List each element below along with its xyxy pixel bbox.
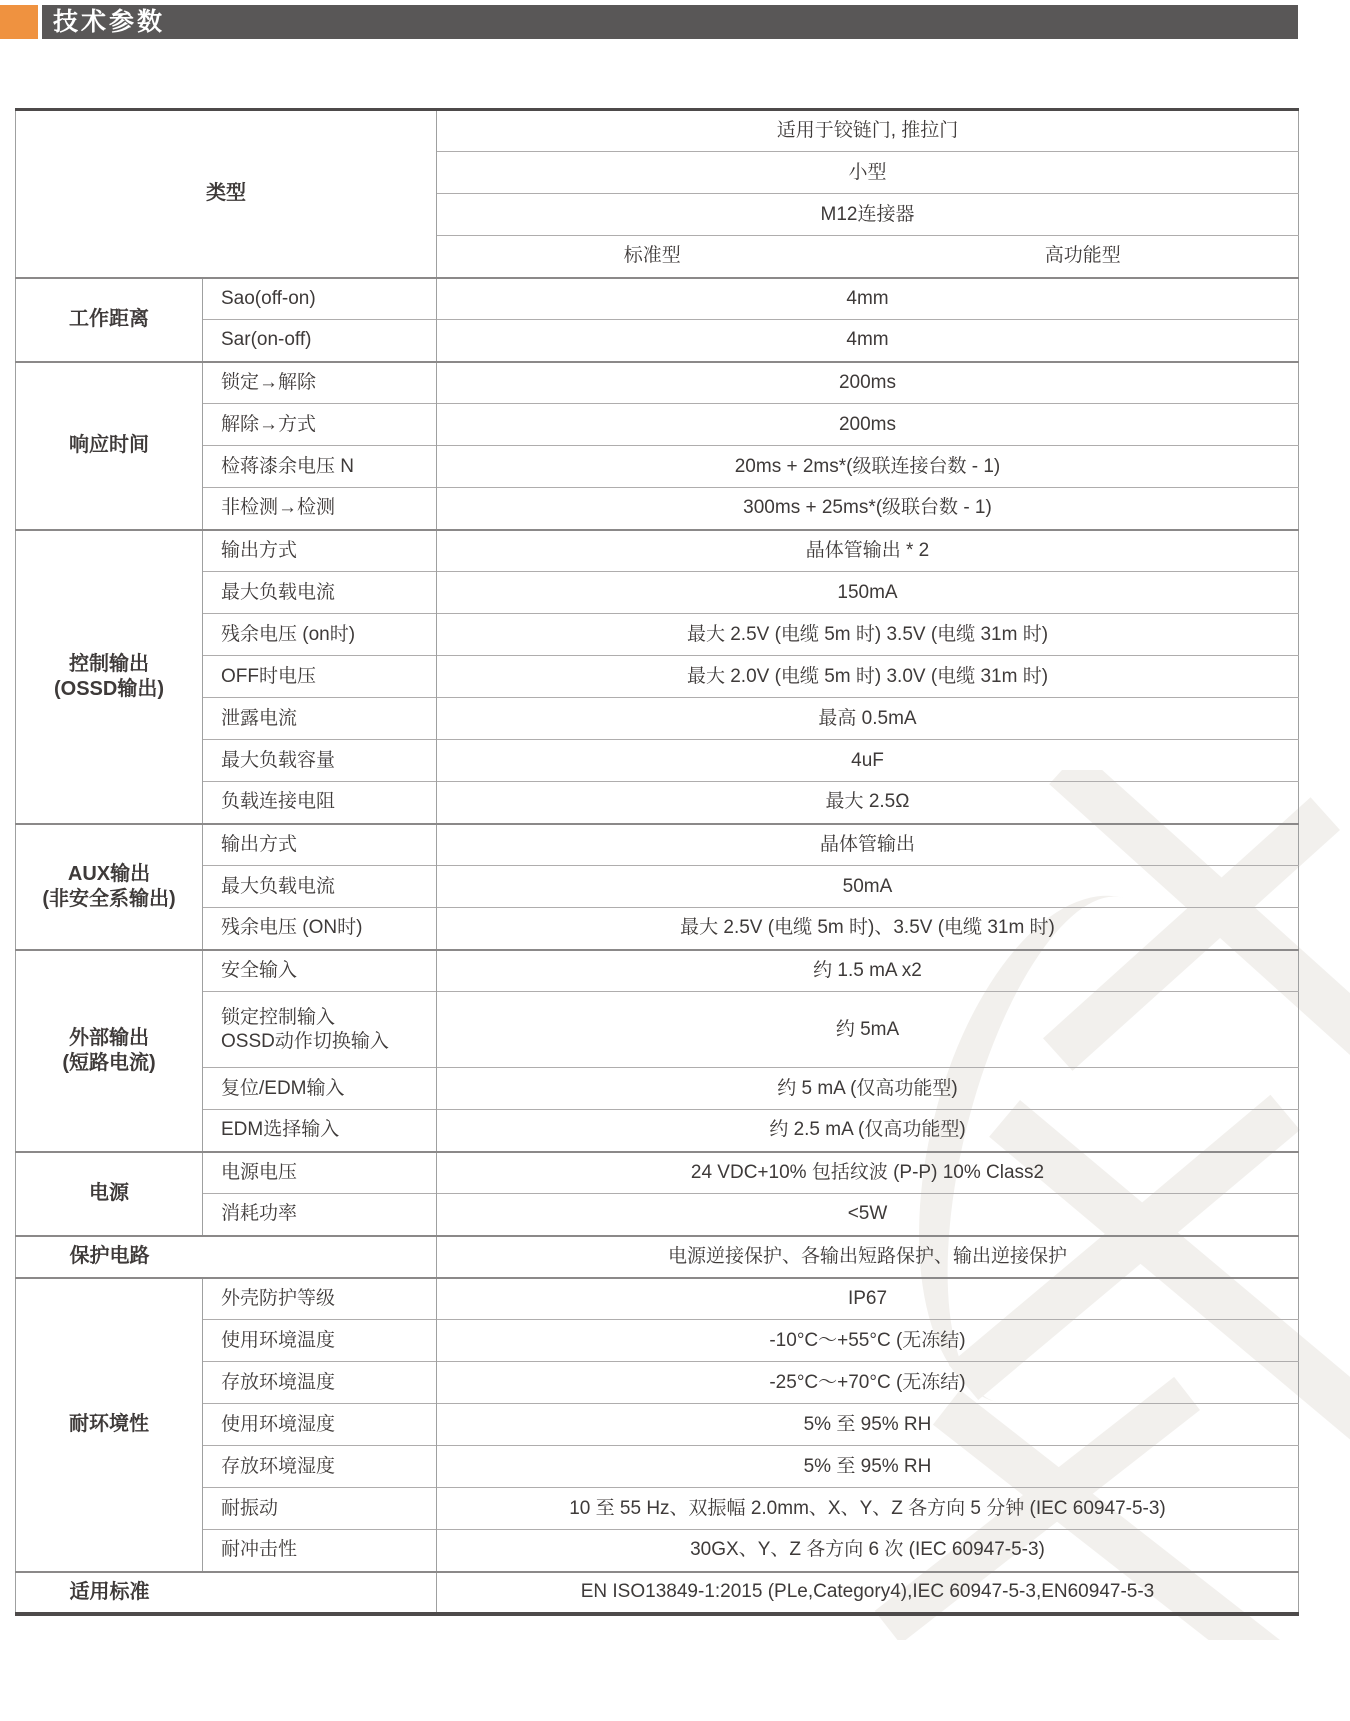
group-label-response-time: 响应时间 bbox=[16, 362, 203, 530]
param-value: 约 5 mA (仅高功能型) bbox=[437, 1068, 1299, 1110]
param-label-line1: 锁定控制输入 bbox=[221, 1006, 428, 1030]
table-row: 残余电压 (on时) 最大 2.5V (电缆 5m 时) 3.5V (电缆 31… bbox=[16, 614, 1299, 656]
param-label: 存放环境湿度 bbox=[203, 1446, 437, 1488]
group-label-environment: 耐环境性 bbox=[16, 1278, 203, 1572]
param-label: OFF时电压 bbox=[203, 656, 437, 698]
param-label: 外壳防护等级 bbox=[203, 1278, 437, 1320]
param-value: 电源逆接保护、各输出短路保护、输出逆接保护 bbox=[437, 1236, 1299, 1278]
param-value: 最高 0.5mA bbox=[437, 698, 1299, 740]
param-value: 4uF bbox=[437, 740, 1299, 782]
group-label-type: 类型 bbox=[16, 110, 437, 278]
group-label-line2: (非安全系输出) bbox=[24, 887, 194, 912]
param-value: 30GX、Y、Z 各方向 6 次 (IEC 60947-5-3) bbox=[437, 1530, 1299, 1572]
type-value: 小型 bbox=[437, 152, 1299, 194]
variant-advanced: 高功能型 bbox=[868, 236, 1299, 278]
table-row: 负载连接电阻 最大 2.5Ω bbox=[16, 782, 1299, 824]
spec-table: 类型 适用于铰链门, 推拉门 小型 M12连接器 标准型 高功能型 工作距离 S… bbox=[15, 108, 1299, 1616]
param-value: 5% 至 95% RH bbox=[437, 1404, 1299, 1446]
table-row: 复位/EDM输入 约 5 mA (仅高功能型) bbox=[16, 1068, 1299, 1110]
param-value: 50mA bbox=[437, 866, 1299, 908]
type-value: M12连接器 bbox=[437, 194, 1299, 236]
group-label-line2: (短路电流) bbox=[24, 1051, 194, 1076]
group-label-line1: 外部输出 bbox=[24, 1026, 194, 1051]
table-row: 适用标准 EN ISO13849-1:2015 (PLe,Category4),… bbox=[16, 1572, 1299, 1614]
param-label: 电源电压 bbox=[203, 1152, 437, 1194]
param-value: 4mm bbox=[437, 320, 1299, 362]
param-label: 解除→方式 bbox=[203, 404, 437, 446]
param-label: 使用环境湿度 bbox=[203, 1404, 437, 1446]
table-row: AUX输出 (非安全系输出) 输出方式 晶体管输出 bbox=[16, 824, 1299, 866]
param-value: EN ISO13849-1:2015 (PLe,Category4),IEC 6… bbox=[437, 1572, 1299, 1614]
table-row: 消耗功率 <5W bbox=[16, 1194, 1299, 1236]
param-value: 4mm bbox=[437, 278, 1299, 320]
param-value: 约 2.5 mA (仅高功能型) bbox=[437, 1110, 1299, 1152]
param-value: 5% 至 95% RH bbox=[437, 1446, 1299, 1488]
param-value: 最大 2.5Ω bbox=[437, 782, 1299, 824]
param-label: 最大负载容量 bbox=[203, 740, 437, 782]
table-row: 耐环境性 外壳防护等级 IP67 bbox=[16, 1278, 1299, 1320]
param-label-line2: OSSD动作切换输入 bbox=[221, 1030, 428, 1054]
param-label: 安全输入 bbox=[203, 950, 437, 992]
param-value: 晶体管输出 * 2 bbox=[437, 530, 1299, 572]
table-row: 残余电压 (ON时) 最大 2.5V (电缆 5m 时)、3.5V (电缆 31… bbox=[16, 908, 1299, 950]
param-value: 150mA bbox=[437, 572, 1299, 614]
group-label-external-output: 外部输出 (短路电流) bbox=[16, 950, 203, 1152]
group-label-line1: 控制输出 bbox=[24, 652, 194, 677]
param-value: 24 VDC+10% 包括纹波 (P-P) 10% Class2 bbox=[437, 1152, 1299, 1194]
param-value: 200ms bbox=[437, 404, 1299, 446]
table-row: 使用环境温度 -10°C〜+55°C (无冻结) bbox=[16, 1320, 1299, 1362]
param-value: 10 至 55 Hz、双振幅 2.0mm、X、Y、Z 各方向 5 分钟 (IEC… bbox=[437, 1488, 1299, 1530]
param-label: 输出方式 bbox=[203, 824, 437, 866]
table-row: 存放环境温度 -25°C〜+70°C (无冻结) bbox=[16, 1362, 1299, 1404]
type-value: 适用于铰链门, 推拉门 bbox=[437, 110, 1299, 152]
header-bar: 技术参数 bbox=[42, 5, 1298, 39]
param-value: 约 1.5 mA x2 bbox=[437, 950, 1299, 992]
param-label: EDM选择输入 bbox=[203, 1110, 437, 1152]
param-label: 耐振动 bbox=[203, 1488, 437, 1530]
table-row: 检蒋漆余电压 N 20ms + 2ms*(级联连接台数 - 1) bbox=[16, 446, 1299, 488]
table-row: 电源 电源电压 24 VDC+10% 包括纹波 (P-P) 10% Class2 bbox=[16, 1152, 1299, 1194]
param-value: 最大 2.5V (电缆 5m 时) 3.5V (电缆 31m 时) bbox=[437, 614, 1299, 656]
param-value: 200ms bbox=[437, 362, 1299, 404]
group-label-aux-output: AUX输出 (非安全系输出) bbox=[16, 824, 203, 950]
group-label-line1: AUX输出 bbox=[24, 862, 194, 887]
param-label: 存放环境温度 bbox=[203, 1362, 437, 1404]
table-row: 锁定控制输入 OSSD动作切换输入 约 5mA bbox=[16, 992, 1299, 1068]
param-label: 残余电压 (ON时) bbox=[203, 908, 437, 950]
table-row: 控制输出 (OSSD输出) 输出方式 晶体管输出 * 2 bbox=[16, 530, 1299, 572]
param-label: 锁定控制输入 OSSD动作切换输入 bbox=[203, 992, 437, 1068]
param-label: 锁定→解除 bbox=[203, 362, 437, 404]
group-label-protection: 保护电路 bbox=[16, 1236, 437, 1278]
group-label-control-output: 控制输出 (OSSD输出) bbox=[16, 530, 203, 824]
param-label: 使用环境温度 bbox=[203, 1320, 437, 1362]
table-row: 响应时间 锁定→解除 200ms bbox=[16, 362, 1299, 404]
table-row: 类型 适用于铰链门, 推拉门 bbox=[16, 110, 1299, 152]
table-row: 泄露电流 最高 0.5mA bbox=[16, 698, 1299, 740]
param-label: 检蒋漆余电压 N bbox=[203, 446, 437, 488]
param-label: 消耗功率 bbox=[203, 1194, 437, 1236]
table-row: 使用环境湿度 5% 至 95% RH bbox=[16, 1404, 1299, 1446]
accent-block bbox=[0, 5, 38, 39]
param-value: -10°C〜+55°C (无冻结) bbox=[437, 1320, 1299, 1362]
table-row: Sar(on-off) 4mm bbox=[16, 320, 1299, 362]
param-label: 最大负载电流 bbox=[203, 866, 437, 908]
table-row: 耐振动 10 至 55 Hz、双振幅 2.0mm、X、Y、Z 各方向 5 分钟 … bbox=[16, 1488, 1299, 1530]
table-row: 存放环境湿度 5% 至 95% RH bbox=[16, 1446, 1299, 1488]
param-label: 残余电压 (on时) bbox=[203, 614, 437, 656]
param-label: 复位/EDM输入 bbox=[203, 1068, 437, 1110]
param-value: -25°C〜+70°C (无冻结) bbox=[437, 1362, 1299, 1404]
table-row: 最大负载容量 4uF bbox=[16, 740, 1299, 782]
table-row: 最大负载电流 150mA bbox=[16, 572, 1299, 614]
variant-standard: 标准型 bbox=[437, 236, 868, 278]
table-row: EDM选择输入 约 2.5 mA (仅高功能型) bbox=[16, 1110, 1299, 1152]
group-label-working-distance: 工作距离 bbox=[16, 278, 203, 362]
param-value: 300ms + 25ms*(级联台数 - 1) bbox=[437, 488, 1299, 530]
param-label: Sao(off-on) bbox=[203, 278, 437, 320]
param-label: 耐冲击性 bbox=[203, 1530, 437, 1572]
table-row: 解除→方式 200ms bbox=[16, 404, 1299, 446]
param-value: 最大 2.0V (电缆 5m 时) 3.0V (电缆 31m 时) bbox=[437, 656, 1299, 698]
param-label: 输出方式 bbox=[203, 530, 437, 572]
param-label: 非检测→检测 bbox=[203, 488, 437, 530]
group-label-standards: 适用标准 bbox=[16, 1572, 437, 1614]
section-header: 技术参数 bbox=[0, 5, 1298, 39]
table-row: 最大负载电流 50mA bbox=[16, 866, 1299, 908]
table-row: 耐冲击性 30GX、Y、Z 各方向 6 次 (IEC 60947-5-3) bbox=[16, 1530, 1299, 1572]
table-row: 保护电路 电源逆接保护、各输出短路保护、输出逆接保护 bbox=[16, 1236, 1299, 1278]
group-label-power: 电源 bbox=[16, 1152, 203, 1236]
param-value: <5W bbox=[437, 1194, 1299, 1236]
table-row: 外部输出 (短路电流) 安全输入 约 1.5 mA x2 bbox=[16, 950, 1299, 992]
table-row: 工作距离 Sao(off-on) 4mm bbox=[16, 278, 1299, 320]
param-label: 泄露电流 bbox=[203, 698, 437, 740]
param-value: 20ms + 2ms*(级联连接台数 - 1) bbox=[437, 446, 1299, 488]
param-value: 最大 2.5V (电缆 5m 时)、3.5V (电缆 31m 时) bbox=[437, 908, 1299, 950]
param-value: 晶体管输出 bbox=[437, 824, 1299, 866]
param-label: 负载连接电阻 bbox=[203, 782, 437, 824]
table-row: 非检测→检测 300ms + 25ms*(级联台数 - 1) bbox=[16, 488, 1299, 530]
param-value: 约 5mA bbox=[437, 992, 1299, 1068]
group-label-line2: (OSSD输出) bbox=[24, 677, 194, 702]
param-label: Sar(on-off) bbox=[203, 320, 437, 362]
table-row: OFF时电压 最大 2.0V (电缆 5m 时) 3.0V (电缆 31m 时) bbox=[16, 656, 1299, 698]
param-value: IP67 bbox=[437, 1278, 1299, 1320]
param-label: 最大负载电流 bbox=[203, 572, 437, 614]
page-title: 技术参数 bbox=[53, 10, 165, 35]
